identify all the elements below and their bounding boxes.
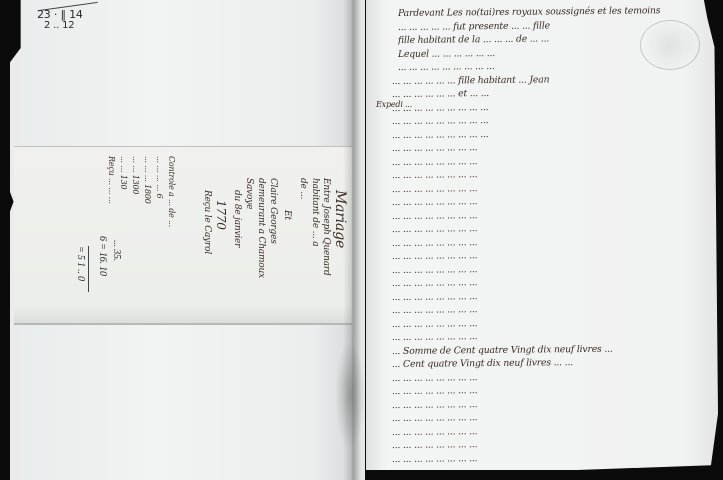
- calculation-line: ... 35.: [111, 240, 122, 261]
- endorsement-line: Et: [282, 210, 292, 220]
- calculation-total: = 5 1 .. 0: [75, 246, 86, 281]
- registry-line: Reçu ... ... ...: [107, 156, 116, 204]
- endorsement-line: Claire Georges: [268, 178, 278, 244]
- registry-line: ... ... ... ... 6: [155, 156, 164, 198]
- endorsement-line: du 8e janvier: [232, 190, 242, 247]
- reference-number-bottom: 2 .. 12: [44, 20, 74, 31]
- registry-line: ... ... 130: [119, 156, 128, 189]
- folded-endorsement-flap: [14, 146, 352, 325]
- calculation-line: 6 = 16. 10: [97, 236, 108, 276]
- registry-line: ... ... ... 1800: [143, 156, 152, 204]
- endorsement-line: Savoye: [244, 178, 254, 209]
- endorsement-title: Mariage: [332, 190, 348, 248]
- endorsement-year: 1770: [214, 200, 228, 230]
- endorsement-signature: Reçu le Cayrol: [202, 190, 212, 254]
- endorsement-line: demeurant a Chamoux: [256, 178, 266, 278]
- calculation-rule: [88, 246, 89, 292]
- endorsement-line: de ...: [298, 178, 308, 199]
- ink-smudge: [335, 340, 365, 450]
- endorsement-line: habitant de ... a: [310, 178, 320, 246]
- registry-line: Controle a ... de ...: [167, 156, 176, 227]
- endorsement-line: Entre Joseph Quenard: [321, 178, 331, 276]
- registry-line: ... ... 1300: [131, 156, 140, 194]
